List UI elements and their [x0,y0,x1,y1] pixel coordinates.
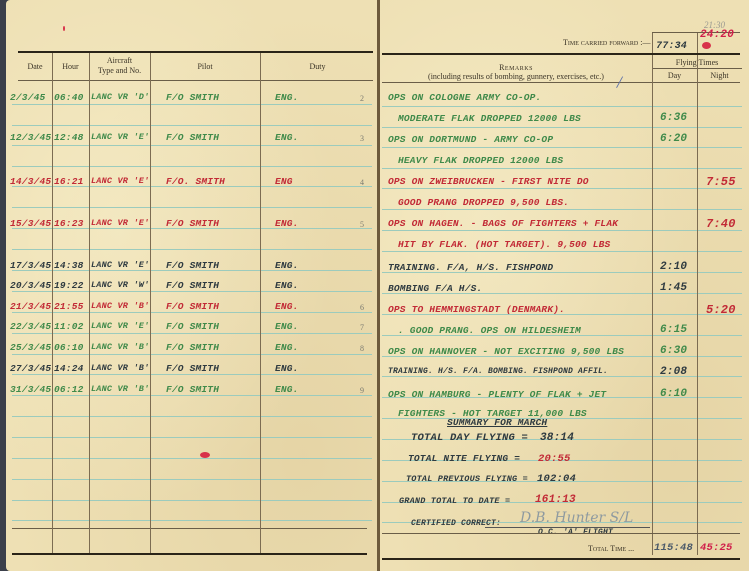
entry-count: 4 [360,178,364,187]
entry-aircraft: LANC VR 'E' [91,176,149,186]
remark-night-time: 5:20 [706,303,736,317]
entry-pilot: F/O SMITH [166,342,219,353]
remark-text: MODERATE FLAK DROPPED 12000 LBS [398,113,581,124]
entry-date: 31/3/45 [10,384,51,395]
remark-night-time: 7:40 [706,217,736,231]
col-divider [89,53,90,553]
total-time-day: 115:48 [654,542,693,554]
entry-hour: 16:23 [54,218,84,229]
ruled-line [382,168,742,169]
remark-day-time: 6:20 [660,133,687,145]
entry-hour: 06:12 [54,384,84,395]
right-bottom-rule-1 [382,533,740,534]
ruled-line [12,479,372,480]
entry-date: 14/3/45 [10,176,51,187]
entry-pilot: F/O SMITH [166,280,219,291]
remark-text: OPS ON HANNOVER - NOT EXCITING 9,500 LBS [388,346,624,357]
entry-duty: ENG. [275,301,299,312]
ruled-line [382,209,742,210]
entry-duty: ENG. [275,384,299,395]
remark-text: GOOD PRANG DROPPED 9,500 LBS. [398,197,569,208]
entry-pilot: F/O. SMITH [166,176,225,187]
ruled-line [382,230,742,231]
entry-pilot: F/O SMITH [166,92,219,103]
remark-text: TRAINING. H/S. F/A. BOMBING. FISHPOND AF… [388,367,608,376]
entry-aircraft: LANC VR 'B' [91,342,149,352]
right-top-rule [382,53,740,55]
entry-duty: ENG. [275,280,299,291]
col-divider [260,53,261,553]
entry-aircraft: LANC VR 'E' [91,321,149,331]
night-col-divider [697,55,698,555]
left-bottom-rule-1 [12,528,367,529]
entry-duty: ENG. [275,132,299,143]
total-day-flying-value: 38:14 [540,432,574,444]
entry-count: 6 [360,303,364,312]
entry-duty: ENG. [275,218,299,229]
ruled-line [12,374,372,375]
entry-aircraft: LANC VR 'E' [91,260,149,270]
column-header-pilot: Pilot [150,62,260,72]
remark-text: TRAINING. F/A, H/S. FISHPOND [388,262,553,273]
total-previous-flying-label: TOTAL PREVIOUS FLYING = [406,474,528,484]
remark-day-time: 6:15 [660,324,687,336]
ruled-line [12,333,372,334]
ruled-line [12,437,372,438]
entry-hour: 19:22 [54,280,84,291]
entry-pilot: F/O SMITH [166,218,219,229]
book-gutter [377,0,380,571]
night-header: Night [697,71,742,81]
red-ink-spot [63,26,65,31]
ruled-line [12,125,372,126]
remark-text: OPS ON DORTMUND - ARMY CO-OP [388,134,553,145]
entry-aircraft: LANC VR 'W' [91,280,149,290]
remark-day-time: 6:30 [660,345,687,357]
ruled-line [12,520,372,521]
red-ink-spot [200,452,210,458]
summary-title: SUMMARY FOR MARCH [447,417,547,428]
entry-date: 12/3/45 [10,132,51,143]
entry-date: 25/3/45 [10,342,51,353]
column-header-aircraft: Aircraft Type and No. [89,56,150,76]
remark-day-time: 2:08 [660,366,687,378]
ruled-line [382,147,742,148]
remark-day-time: 6:36 [660,112,687,124]
entry-aircraft: LANC VR 'B' [91,363,149,373]
red-ink-blot [702,42,711,49]
carried-forward-day: 77:34 [656,41,687,52]
entry-aircraft: LANC VR 'E' [91,218,149,228]
entry-count: 3 [360,134,364,143]
entry-duty: ENG. [275,260,299,271]
entry-pilot: F/O SMITH [166,301,219,312]
left-bottom-rule-2 [12,553,367,555]
total-nite-flying-value: 20:55 [538,453,571,465]
total-nite-flying-label: TOTAL NITE FLYING = [408,453,520,464]
ruled-line [12,416,372,417]
right-bottom-rule-2 [382,558,740,560]
ruled-line [12,291,372,292]
remark-day-time: 2:10 [660,261,687,273]
ruled-line [12,166,372,167]
entry-date: 17/3/45 [10,260,51,271]
remark-day-time: 1:45 [660,282,687,294]
column-header-hour: Hour [52,62,89,72]
entry-date: 21/3/45 [10,301,51,312]
ruled-line [12,500,372,501]
entry-hour: 21:55 [54,301,84,312]
carried-forward-pencil-note: 21:30 [704,20,725,30]
entry-duty: ENG. [275,342,299,353]
total-time-night: 45:25 [700,542,733,554]
grand-total-label: GRAND TOTAL TO DATE = [399,496,510,506]
col-divider [150,53,151,553]
total-day-flying-label: TOTAL DAY FLYING = [411,432,528,444]
time-carried-forward-label: Time carried forward :— [563,38,650,47]
entry-date: 20/3/45 [10,280,51,291]
remark-text: OPS TO HEMMINGSTADT (DENMARK). [388,304,565,315]
entry-duty: ENG [275,176,293,187]
remark-text: OPS ON HAGEN. - BAGS OF FIGHTERS + FLAK [388,218,618,229]
entry-pilot: F/O SMITH [166,132,219,143]
carried-forward-night: 24:20 [700,29,734,41]
entry-count: 8 [360,344,364,353]
entry-count: 9 [360,386,364,395]
entry-count: 5 [360,220,364,229]
entry-date: 27/3/45 [10,363,51,374]
ruled-line [12,145,372,146]
remark-text: . GOOD PRANG. OPS ON HILDESHEIM [398,325,581,336]
entry-count: 7 [360,323,364,332]
column-header-aircraft-line2: Type and No. [89,66,150,76]
entry-pilot: F/O SMITH [166,260,219,271]
entry-aircraft: LANC VR 'B' [91,301,149,311]
entry-duty: ENG. [275,363,299,374]
column-header-date: Date [18,62,52,72]
entry-hour: 16:21 [54,176,84,187]
entry-aircraft: LANC VR 'B' [91,384,149,394]
column-header-aircraft-line1: Aircraft [89,56,150,66]
right-header-bottom-rule [382,82,740,83]
remark-text: OPS ON ZWEIBRUCKEN - FIRST NITE DO [388,176,589,187]
entry-pilot: F/O SMITH [166,363,219,374]
left-header-bottom-rule [18,80,373,81]
total-previous-flying-value: 102:04 [537,473,576,485]
day-header: Day [652,71,697,81]
remark-day-time: 6:10 [660,388,687,400]
ruled-line [382,188,742,189]
entry-count: 2 [360,94,364,103]
entry-date: 22/3/45 [10,321,51,332]
entry-pilot: F/O SMITH [166,384,219,395]
left-top-rule [18,51,373,53]
remark-text: HIT BY FLAK. (HOT TARGET). 9,500 LBS [398,239,610,250]
ruled-line [12,207,372,208]
entry-duty: ENG. [275,92,299,103]
ruled-line [12,458,372,459]
ruled-line [12,249,372,250]
remark-text: OPS ON COLOGNE ARMY CO-OP. [388,92,541,103]
entry-hour: 14:38 [54,260,84,271]
ruled-line [12,312,372,313]
col-divider [52,53,53,553]
total-time-label: Total Time ... [588,544,634,553]
grand-total-value: 161:13 [535,494,576,506]
entry-hour: 12:48 [54,132,84,143]
entry-aircraft: LANC VR 'E' [91,132,149,142]
entry-hour: 14:24 [54,363,84,374]
entry-pilot: F/O SMITH [166,321,219,332]
remark-night-time: 7:55 [706,175,736,189]
ruled-line [12,104,372,105]
day-col-divider [652,55,653,555]
entry-hour: 06:10 [54,342,84,353]
entry-hour: 11:02 [54,321,84,332]
entry-date: 2/3/45 [10,92,45,103]
ruled-line [382,106,742,107]
entry-date: 15/3/45 [10,218,51,229]
ruled-line [382,251,742,252]
ruled-line [382,376,742,377]
entry-duty: ENG. [275,321,299,332]
remark-text: HEAVY FLAK DROPPED 12000 LBS [398,155,563,166]
remarks-subheader: (including results of bombing, gunnery, … [382,72,650,82]
entry-aircraft: LANC VR 'D' [91,92,149,102]
remark-text: BOMBING F/A H/S. [388,283,482,294]
ruled-line [382,127,742,128]
ruled-line [12,354,372,355]
column-header-duty: Duty [260,62,375,72]
remark-text: OPS ON HAMBURG - PLENTY OF FLAK + JET [388,389,606,400]
entry-hour: 06:40 [54,92,84,103]
ruled-line [12,395,372,396]
officer-signature: D.B. Hunter S/L [520,510,633,526]
